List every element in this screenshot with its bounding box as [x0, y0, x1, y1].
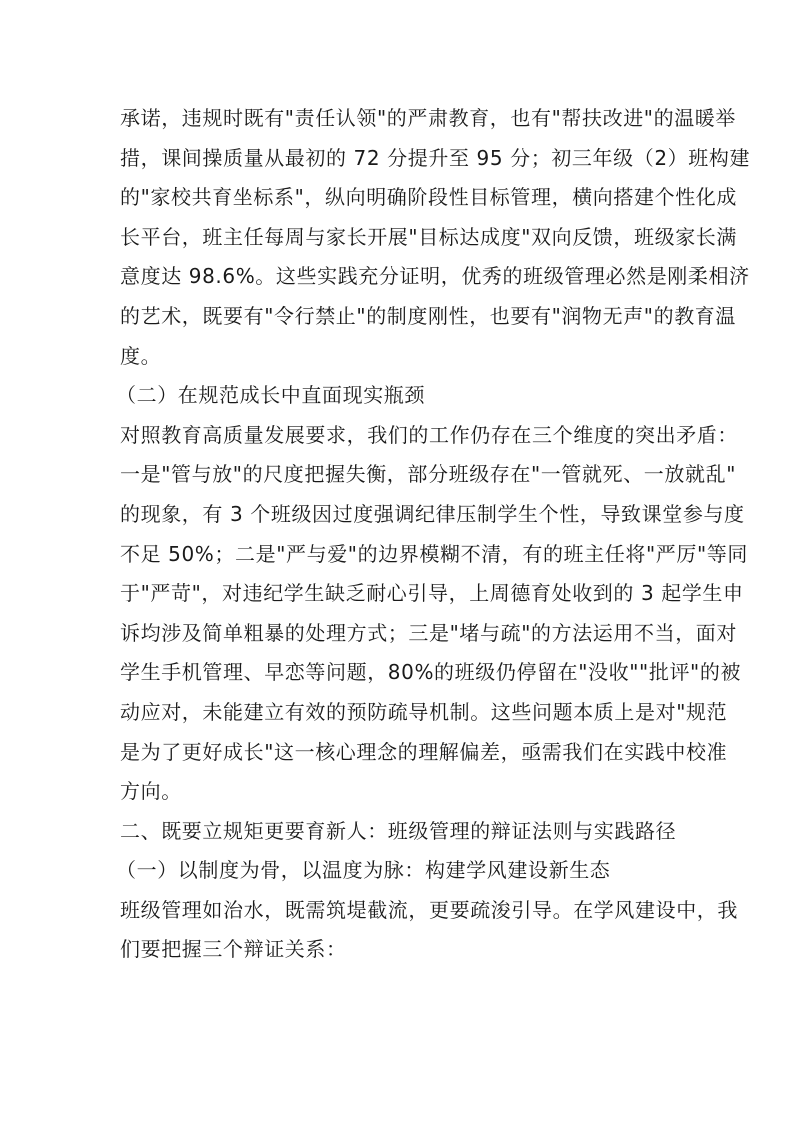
paragraph-line: 措，课间操质量从最初的 72 分提升至 95 分；初三年级（2）班构建: [120, 139, 676, 179]
paragraph-line: 诉均涉及简单粗暴的处理方式；三是"堵与疏"的方法运用不当，面对: [120, 614, 676, 654]
section-heading: 二、既要立规矩更要育新人：班级管理的辩证法则与实践路径: [120, 812, 676, 852]
subsection-heading: （一）以制度为骨，以温度为脉：构建学风建设新生态: [116, 851, 676, 891]
paragraph-line: 对照教育高质量发展要求，我们的工作仍存在三个维度的突出矛盾：: [120, 416, 676, 456]
paragraph-line: 承诺，违规时既有"责任认领"的严肃教育，也有"帮扶改进"的温暖举: [120, 99, 676, 139]
paragraph-line: 的"家校共育坐标系"，纵向明确阶段性目标管理，横向搭建个性化成: [120, 178, 676, 218]
paragraph-line: 是为了更好成长"这一核心理念的理解偏差，亟需我们在实践中校准: [120, 733, 676, 773]
paragraph-line: 们要把握三个辩证关系：: [120, 930, 676, 970]
document-page: 承诺，违规时既有"责任认领"的严肃教育，也有"帮扶改进"的温暖举 措，课间操质量…: [120, 99, 676, 970]
paragraph-line: 于"严苛"，对违纪学生缺乏耐心引导，上周德育处收到的 3 起学生申: [120, 574, 676, 614]
paragraph-line: 不足 50%；二是"严与爱"的边界模糊不清，有的班主任将"严厉"等同: [120, 535, 676, 575]
paragraph-line: 班级管理如治水，既需筑堤截流，更要疏浚引导。在学风建设中，我: [120, 891, 676, 931]
paragraph-line: 意度达 98.6%。这些实践充分证明，优秀的班级管理必然是刚柔相济: [120, 257, 676, 297]
paragraph-line: 方向。: [120, 772, 676, 812]
paragraph-line: 学生手机管理、早恋等问题，80%的班级仍停留在"没收""批评"的被: [120, 653, 676, 693]
paragraph-line: 一是"管与放"的尺度把握失衡，部分班级存在"一管就死、一放就乱": [120, 455, 676, 495]
paragraph-line: 动应对，未能建立有效的预防疏导机制。这些问题本质上是对"规范: [120, 693, 676, 733]
subsection-heading: （二）在规范成长中直面现实瓶颈: [116, 376, 676, 416]
paragraph-line: 的艺术，既要有"令行禁止"的制度刚性，也要有"润物无声"的教育温: [120, 297, 676, 337]
paragraph-line: 的现象，有 3 个班级因过度强调纪律压制学生个性，导致课堂参与度: [120, 495, 676, 535]
paragraph-line: 度。: [120, 337, 676, 377]
paragraph-line: 长平台，班主任每周与家长开展"目标达成度"双向反馈，班级家长满: [120, 218, 676, 258]
